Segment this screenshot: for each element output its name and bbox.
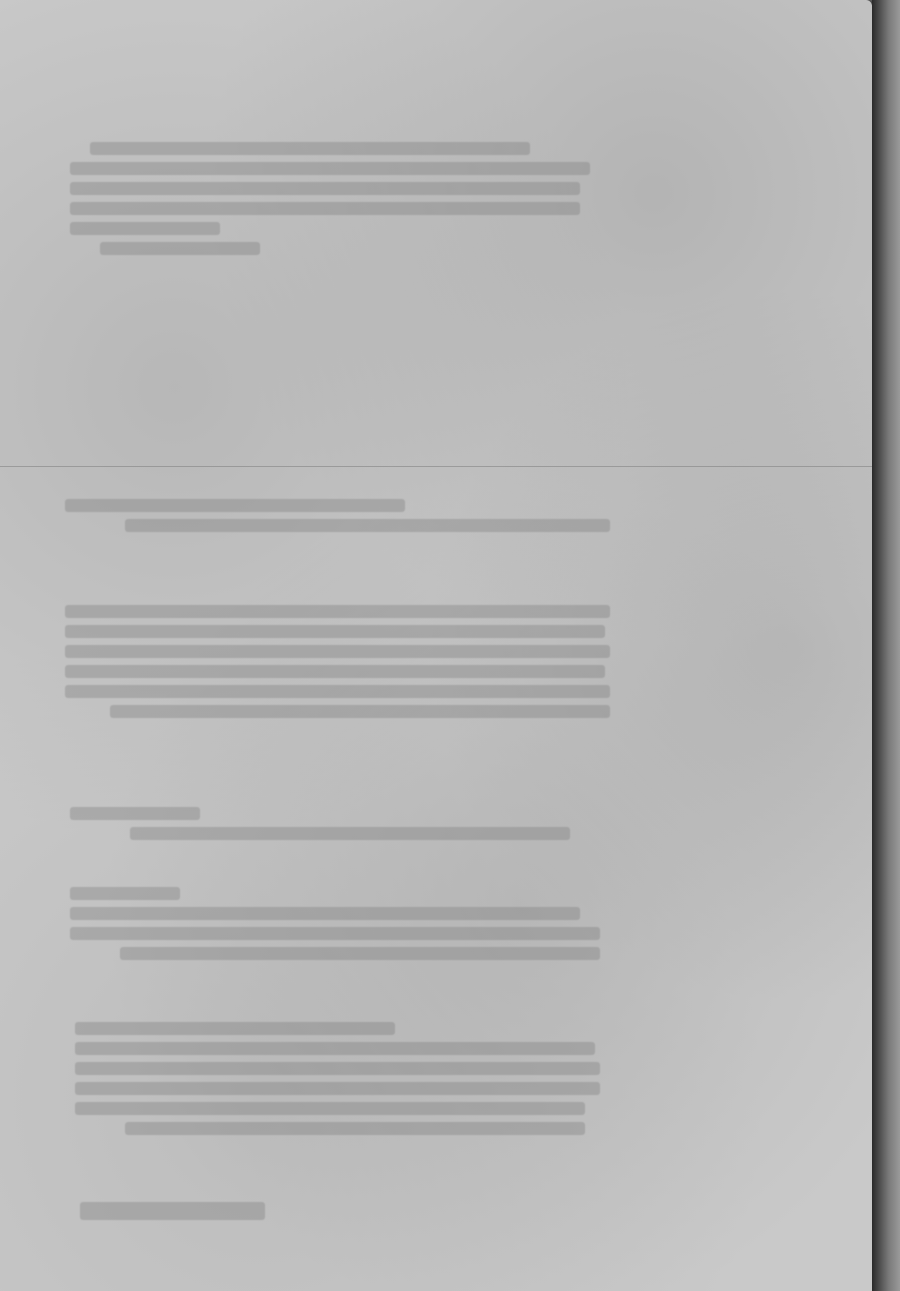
- text-block-3: [illegible mirrored text]: [65, 598, 615, 725]
- text-block-4: [illegible mirrored text]: [70, 800, 590, 847]
- text-block-6: [illegible mirrored text]: [75, 1015, 615, 1142]
- text-line: [65, 645, 610, 658]
- text-line: [125, 519, 610, 532]
- text-line: [65, 685, 610, 698]
- text-line: [70, 202, 580, 215]
- scanned-page: [illegible mirrored text] [illegible mir…: [0, 0, 872, 1291]
- text-block-2: [illegible mirrored text]: [65, 492, 610, 539]
- text-line: [70, 927, 600, 940]
- page-heading: [illegible mirrored heading]: [80, 1195, 270, 1227]
- text-line: [100, 242, 260, 255]
- text-line: [65, 605, 610, 618]
- text-line: [125, 1122, 585, 1135]
- text-line: [75, 1062, 600, 1075]
- text-line: [130, 827, 570, 840]
- heading-line: [80, 1202, 265, 1220]
- page-edge-shadow: [872, 0, 900, 1291]
- text-line: [70, 162, 590, 175]
- text-line: [70, 182, 580, 195]
- text-line: [75, 1042, 595, 1055]
- text-line: [75, 1082, 600, 1095]
- text-line: [90, 142, 530, 155]
- text-line: [70, 807, 200, 820]
- text-line: [65, 665, 605, 678]
- text-line: [120, 947, 600, 960]
- text-line: [70, 222, 220, 235]
- text-block-5: [illegible mirrored text]: [70, 880, 610, 967]
- text-block-1: [illegible mirrored text]: [70, 135, 590, 262]
- text-line: [65, 625, 605, 638]
- text-line: [65, 499, 405, 512]
- text-line: [70, 907, 580, 920]
- text-line: [70, 887, 180, 900]
- text-line: [75, 1022, 395, 1035]
- text-line: [110, 705, 610, 718]
- page-fold-line: [0, 466, 872, 467]
- text-line: [75, 1102, 585, 1115]
